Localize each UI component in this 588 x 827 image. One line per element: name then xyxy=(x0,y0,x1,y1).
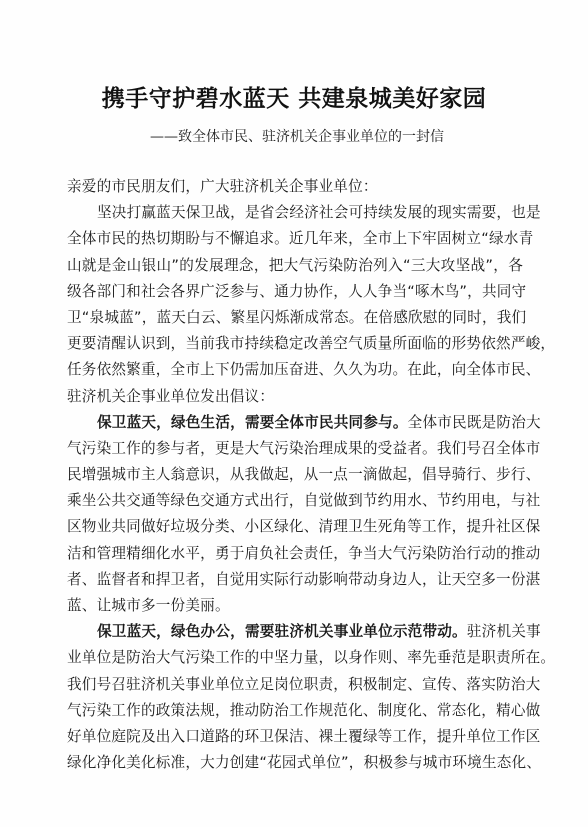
salutation: 亲爱的市民朋友们，广大驻济机关企事业单位： xyxy=(67,174,523,200)
paragraph-lead: 保卫蓝天，绿色办公，需要驻济机关事业单位示范带动。 xyxy=(97,623,467,640)
document-subtitle: ——致全体市民、驻济机关企事业单位的一封信 xyxy=(0,127,588,147)
paragraph-2: 保卫蓝天，绿色生活，需要全体市民共同参与。全体市民既是防治大 气污染工作的参与者… xyxy=(67,410,523,620)
paragraph-line: 任务依然繁重，全市上下仍需加压奋进、久久为功。在此，向全体市民、 xyxy=(67,357,523,383)
paragraph-line: 蓝、让城市多一份美丽。 xyxy=(67,593,523,619)
paragraph-line: 气污染工作的参与者，更是大气污染治理成果的受益者。我们号召全体市 xyxy=(67,436,523,462)
paragraph-line: 山就是金山银山”的发展理念，把大气污染防治列入“三大攻坚战”，各 xyxy=(67,253,523,279)
paragraph-line: 业单位是防治大气污染工作的中坚力量，以身作则、率先垂范是职责所在。 xyxy=(67,645,523,671)
paragraph-line-text: 驻济机关事 xyxy=(467,623,541,640)
paragraph-3: 保卫蓝天，绿色办公，需要驻济机关事业单位示范带动。驻济机关事 业单位是防治大气污… xyxy=(67,619,523,776)
document-page: 携手守护碧水蓝天 共建泉城美好家园 ——致全体市民、驻济机关企事业单位的一封信 … xyxy=(0,0,588,827)
paragraph-line: 更要清醒认识到，当前我市持续稳定改善空气质量所面临的形势依然严峻， xyxy=(67,331,523,357)
paragraph-line: 全体市民的热切期盼与不懈追求。近几年来，全市上下牢固树立“绿水青 xyxy=(67,226,523,252)
paragraph-lead: 保卫蓝天，绿色生活，需要全体市民共同参与。 xyxy=(97,414,408,431)
paragraph-line: 级各部门和社会各界广泛参与、通力协作，人人争当“啄木鸟”，共同守 xyxy=(67,279,523,305)
paragraph-line: 坚决打赢蓝天保卫战，是省会经济社会可持续发展的现实需要，也是 xyxy=(67,200,523,226)
paragraph-line: 保卫蓝天，绿色办公，需要驻济机关事业单位示范带动。驻济机关事 xyxy=(67,619,523,645)
letter-body: 亲爱的市民朋友们，广大驻济机关企事业单位： 坚决打赢蓝天保卫战，是省会经济社会可… xyxy=(67,174,523,776)
paragraph-line: 民增强城市主人翁意识，从我做起，从一点一滴做起，倡导骑行、步行、 xyxy=(67,462,523,488)
paragraph-1: 坚决打赢蓝天保卫战，是省会经济社会可持续发展的现实需要，也是 全体市民的热切期盼… xyxy=(67,200,523,410)
paragraph-line: 我们号召驻济机关事业单位立足岗位职责，积极制定、宣传、落实防治大 xyxy=(67,672,523,698)
paragraph-line: 保卫蓝天，绿色生活，需要全体市民共同参与。全体市民既是防治大 xyxy=(67,410,523,436)
paragraph-line: 区物业共同做好垃圾分类、小区绿化、清理卫生死角等工作，提升社区保 xyxy=(67,514,523,540)
paragraph-line: 气污染工作的政策法规，推动防治工作规范化、制度化、常态化，精心做 xyxy=(67,698,523,724)
paragraph-line-text: 全体市民既是防治大 xyxy=(408,414,541,431)
paragraph-line: 好单位庭院及出入口道路的环卫保洁、裸土覆绿等工作，提升单位工作区 xyxy=(67,724,523,750)
paragraph-line: 卫“泉城蓝”，蓝天白云、繁星闪烁渐成常态。在倍感欣慰的同时，我们 xyxy=(67,305,523,331)
paragraph-line: 绿化净化美化标准，大力创建“花园式单位”，积极参与城市环境生态化、 xyxy=(67,750,523,776)
paragraph-line: 洁和管理精细化水平，勇于肩负社会责任，争当大气污染防治行动的推动 xyxy=(67,541,523,567)
document-title: 携手守护碧水蓝天 共建泉城美好家园 xyxy=(0,84,588,114)
paragraph-line: 乘坐公共交通等绿色交通方式出行，自觉做到节约用水、节约用电，与社 xyxy=(67,488,523,514)
paragraph-line: 者、监督者和捍卫者，自觉用实际行动影响带动身边人，让天空多一份湛 xyxy=(67,567,523,593)
paragraph-line: 驻济机关企事业单位发出倡议： xyxy=(67,384,523,410)
